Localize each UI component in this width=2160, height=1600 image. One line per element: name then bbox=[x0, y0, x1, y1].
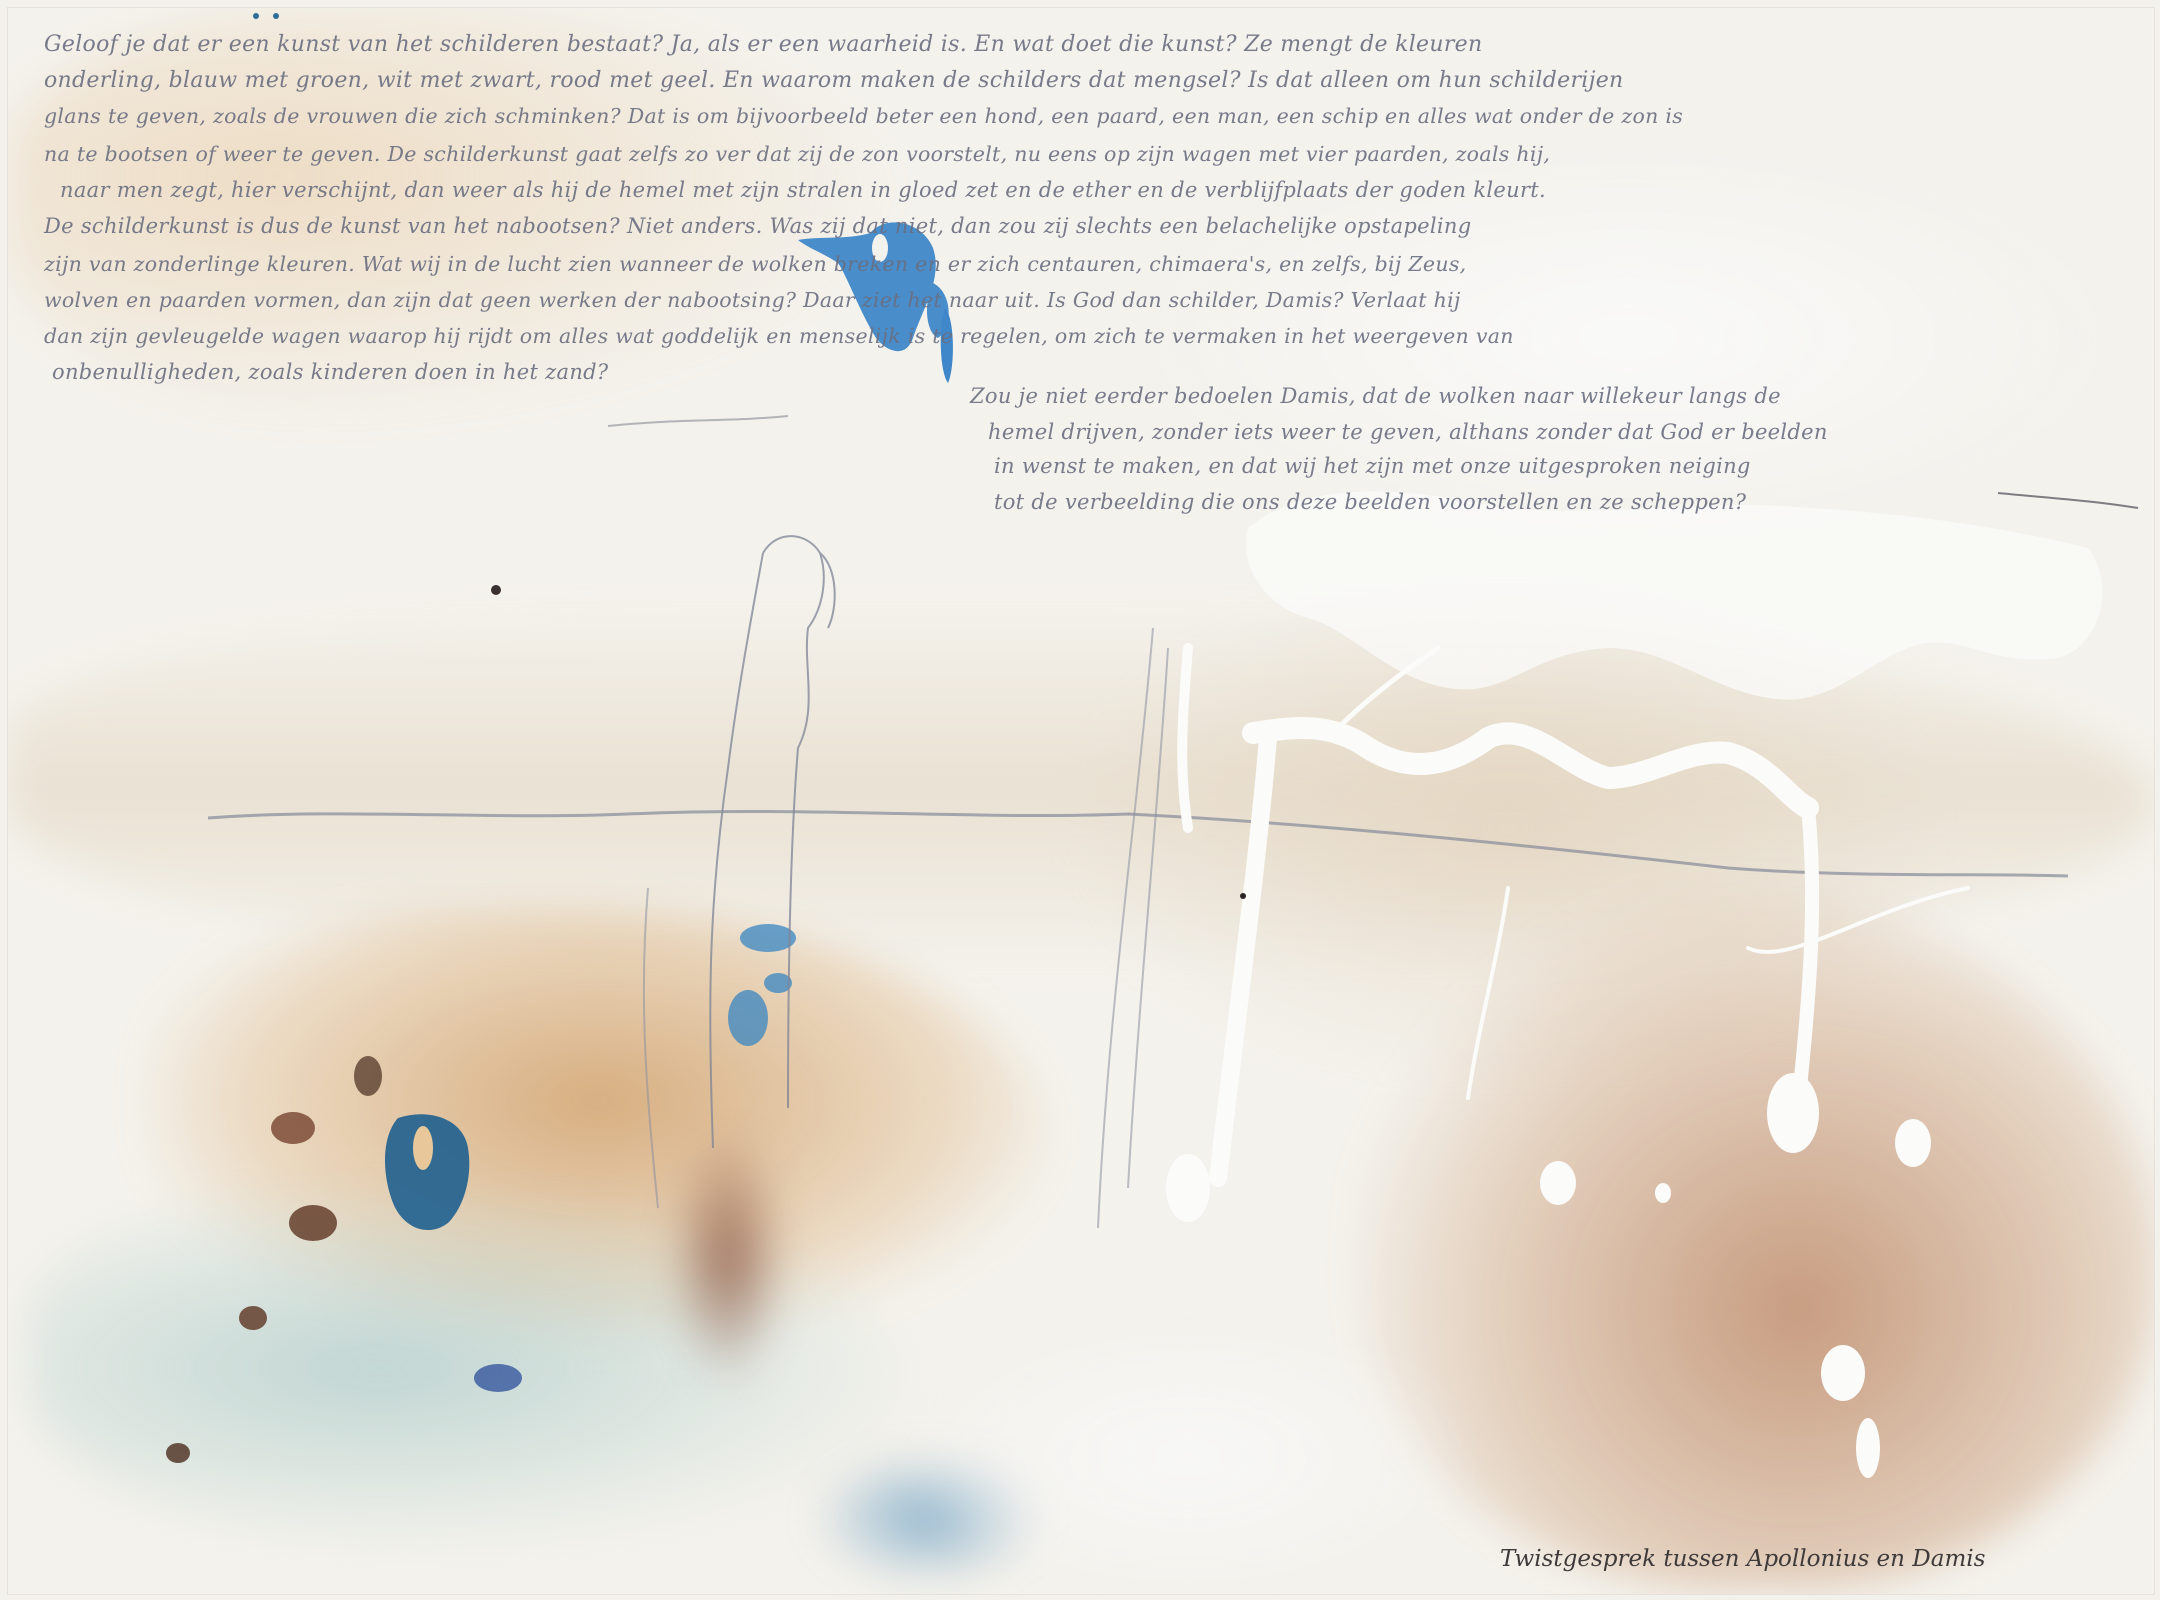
brown-dab bbox=[166, 1443, 190, 1463]
artwork-canvas: Geloof je dat er een kunst van het schil… bbox=[8, 8, 2154, 1594]
white-paint-dots bbox=[1166, 1073, 1931, 1478]
artwork-title-inscription: Twistgesprek tussen Apollonius en Damis bbox=[1500, 1546, 1985, 1572]
pencil-stroke bbox=[1998, 493, 2138, 508]
pencil-vertical-lines bbox=[644, 628, 1168, 1228]
blue-dot bbox=[253, 13, 259, 19]
handwritten-line: Geloof je dat er een kunst van het schil… bbox=[44, 32, 1482, 57]
handwritten-line: glans te geven, zoals de vrouwen die zic… bbox=[44, 104, 1683, 128]
handwritten-line: hemel drijven, zonder iets weer te geven… bbox=[988, 420, 1828, 444]
handwritten-line: onbenulligheden, zoals kinderen doen in … bbox=[52, 360, 609, 384]
handwritten-line: wolven en paarden vormen, dan zijn dat g… bbox=[44, 288, 1461, 312]
handwritten-line: onderling, blauw met groen, wit met zwar… bbox=[44, 68, 1624, 93]
pencil-horizon-line bbox=[208, 811, 2068, 876]
handwritten-line: naar men zegt, hier verschijnt, dan weer… bbox=[60, 178, 1546, 202]
handwritten-line: tot de verbeelding die ons deze beelden … bbox=[994, 490, 1746, 514]
handwritten-line: in wenst te maken, en dat wij het zijn m… bbox=[994, 454, 1751, 478]
white-paint-drips bbox=[1182, 648, 1968, 1178]
painted-marks bbox=[8, 8, 2154, 1594]
dark-speck bbox=[491, 585, 501, 595]
pencil-stroke bbox=[608, 416, 788, 426]
handwritten-line: dan zijn gevleugelde wagen waarop hij ri… bbox=[44, 324, 1514, 348]
dark-speck bbox=[1240, 893, 1246, 899]
handwritten-line: Zou je niet eerder bedoelen Damis, dat d… bbox=[970, 384, 1781, 408]
handwritten-line: zijn van zonderlinge kleuren. Wat wij in… bbox=[44, 252, 1466, 276]
white-cloud-mass bbox=[1246, 492, 2102, 700]
brown-dab bbox=[354, 1056, 382, 1096]
brown-dab bbox=[289, 1205, 337, 1241]
blue-specks bbox=[474, 924, 796, 1392]
brown-dab bbox=[271, 1112, 315, 1144]
brown-dab bbox=[239, 1306, 267, 1330]
handwritten-line: na te bootsen of weer te geven. De schil… bbox=[44, 142, 1550, 166]
handwritten-line: De schilderkunst is dus de kunst van het… bbox=[44, 214, 1471, 238]
blue-dot bbox=[273, 13, 279, 19]
pencil-figure-drawing bbox=[710, 536, 834, 1148]
